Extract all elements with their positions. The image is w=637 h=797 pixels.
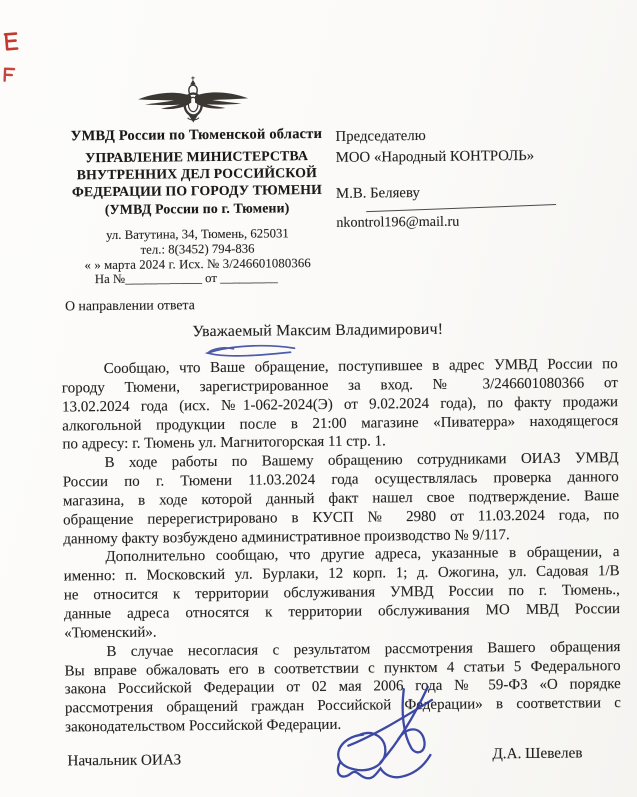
letterhead-org-region: УМВД России по Тюменской области [33,126,359,146]
body-paragraph: В ходе работы по Вашему обращению сотруд… [63,449,620,549]
scanned-letter-page: УМВД России по Тюменской области УПРАВЛЕ… [0,0,637,797]
letterhead-title-line: (УМВД России по г. Тюмени) [34,198,360,218]
signature-icon [318,682,461,791]
red-ink-mark-icon [2,66,18,84]
body-paragraph: Дополнительно сообщаю, что другие адреса… [63,544,620,644]
letter-body: Сообщаю, что Ваше обращение, поступившее… [62,355,622,737]
red-ink-mark-icon [1,30,21,52]
signoff-name: Д.А. Шевелев [492,744,582,763]
recipient-underline-rule [366,204,556,212]
letterhead-title-line: ФЕДЕРАЦИИ ПО ГОРОДУ ТЮМЕНИ [34,181,360,201]
letterhead-title: УПРАВЛЕНИЕ МИНИСТЕРСТВАВНУТРЕННИХ ДЕЛ РО… [34,147,361,219]
recipient-email: nkontrol196@mail.ru [336,212,611,232]
recipient-org: МОО «Народный КОНТРОЛЬ» [336,147,611,167]
salutation: Уважаемый Максим Владимирович! [39,319,596,342]
subject-line: О направлении ответа [65,297,195,314]
recipient-name: М.В. Беляеву [336,183,611,203]
body-paragraph: Сообщаю, что Ваше обращение, поступившее… [62,355,619,455]
letterhead-contact: ул. Ватутина, 34, Тюмень, 625031 тел.: 8… [34,226,361,288]
recipient-title: Председателю [335,126,610,146]
mvd-emblem-icon [136,74,251,129]
signoff-position: Начальник ОИАЗ [67,751,181,770]
scan-tilt-layer: УМВД России по Тюменской области УПРАВЛЕ… [0,0,637,797]
letterhead-ref-line: На №____________ от _________ [35,270,361,288]
